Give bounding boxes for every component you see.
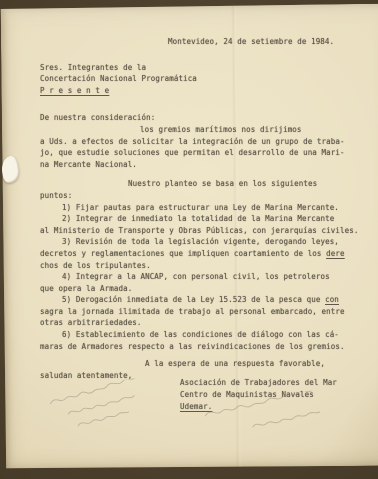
text-segment: decretos y reglamentaciones que implique… (40, 249, 326, 258)
text-segment: que opera la Armada. (40, 284, 132, 293)
text-segment: 6) Establecimiento de las condiciones de… (62, 330, 339, 339)
text-segment: 3) Revisión de toda la legislación vigen… (62, 237, 339, 246)
text-line: 3) Revisión de toda la legislación vigen… (62, 236, 366, 248)
text-segment: 1) Fijar pautas para estructurar una Ley… (62, 203, 339, 212)
text-segment: Montevideo, 24 de setiembre de 1984. (168, 37, 334, 46)
text-line: na Mercante Nacional. (40, 159, 366, 171)
text-line: al Ministerio de Transporte y Obras Públ… (40, 225, 366, 237)
text-segment: sagra la jornada ilimitada de trabajo al… (40, 307, 345, 316)
text-segment: a Uds. a efectos de solicitar la integra… (40, 137, 345, 146)
text-line: 6) Establecimiento de las condiciones de… (62, 329, 366, 341)
text-segment: Concertación Nacional Programática (40, 74, 197, 83)
text-line: 4) Integrar a la ANCAP, con personal civ… (62, 271, 366, 283)
text-line: A la espera de una respuesta favorable, (145, 358, 366, 370)
text-line: Montevideo, 24 de setiembre de 1984. (168, 36, 366, 48)
text-segment: puntos: (40, 191, 72, 200)
text-line: a Uds. a efectos de solicitar la integra… (40, 136, 366, 148)
text-line: jo, que estudie soluciones que permitan … (40, 147, 366, 159)
text-line: 5) Derogación inmediata de la Ley 15.523… (62, 294, 366, 306)
text-segment: De nuestra consideración: (40, 113, 155, 122)
text-line: los gremios marítimos nos dirijimos (140, 124, 366, 136)
text-segment: dere (326, 249, 344, 258)
text-line: decretos y reglamentaciones que implique… (40, 248, 366, 260)
text-line: Nuestro planteo se basa en los siguiente… (128, 178, 366, 190)
text-segment: Sres. Integrantes de la (40, 63, 146, 72)
text-segment: maras de Armadores respecto a las reivin… (40, 342, 345, 351)
text-line: otras arbitrariedades. (40, 317, 366, 329)
text-line: que opera la Armada. (40, 283, 366, 295)
text-line: chos de los tripulantes. (40, 260, 366, 272)
text-segment: A la espera de una respuesta favorable, (145, 359, 325, 368)
text-line: 2) Integrar de inmediato la totalidad de… (62, 213, 366, 225)
letter-photo: Montevideo, 24 de setiembre de 1984.Sres… (0, 0, 378, 479)
text-line: maras de Armadores respecto a las reivin… (40, 341, 366, 353)
text-line: 1) Fijar pautas para estructurar una Ley… (62, 202, 366, 214)
text-line: Sres. Integrantes de la (40, 62, 366, 74)
text-segment: na Mercante Nacional. (40, 160, 137, 169)
text-segment: saludan atentamente, (40, 371, 132, 380)
text-line: puntos: (40, 190, 366, 202)
text-segment: otras arbitrariedades. (40, 318, 142, 327)
text-line: P r e s e n t e (40, 85, 366, 97)
text-line: De nuestra consideración: (40, 112, 366, 124)
text-segment: 4) Integrar a la ANCAP, con personal civ… (62, 272, 330, 281)
text-segment: los gremios marítimos nos dirijimos (140, 125, 302, 134)
text-segment: P r e s e n t e (40, 86, 109, 95)
text-segment: con (325, 295, 339, 304)
text-segment: 5) Derogación inmediata de la Ley 15.523… (62, 295, 325, 304)
text-line: Concertación Nacional Programática (40, 73, 366, 85)
text-line: sagra la jornada ilimitada de trabajo al… (40, 306, 366, 318)
text-segment: jo, que estudie soluciones que permitan … (40, 148, 345, 157)
text-segment: Nuestro planteo se basa en los siguiente… (128, 179, 317, 188)
text-segment: chos de los tripulantes. (40, 261, 151, 270)
letter-body: Montevideo, 24 de setiembre de 1984.Sres… (40, 36, 366, 412)
text-segment: 2) Integrar de inmediato la totalidad de… (62, 214, 334, 223)
text-segment: Asociación de Trabajadores del Mar (180, 378, 337, 387)
paper-tear (2, 156, 19, 183)
text-segment: al Ministerio de Transporte y Obras Públ… (40, 226, 358, 235)
